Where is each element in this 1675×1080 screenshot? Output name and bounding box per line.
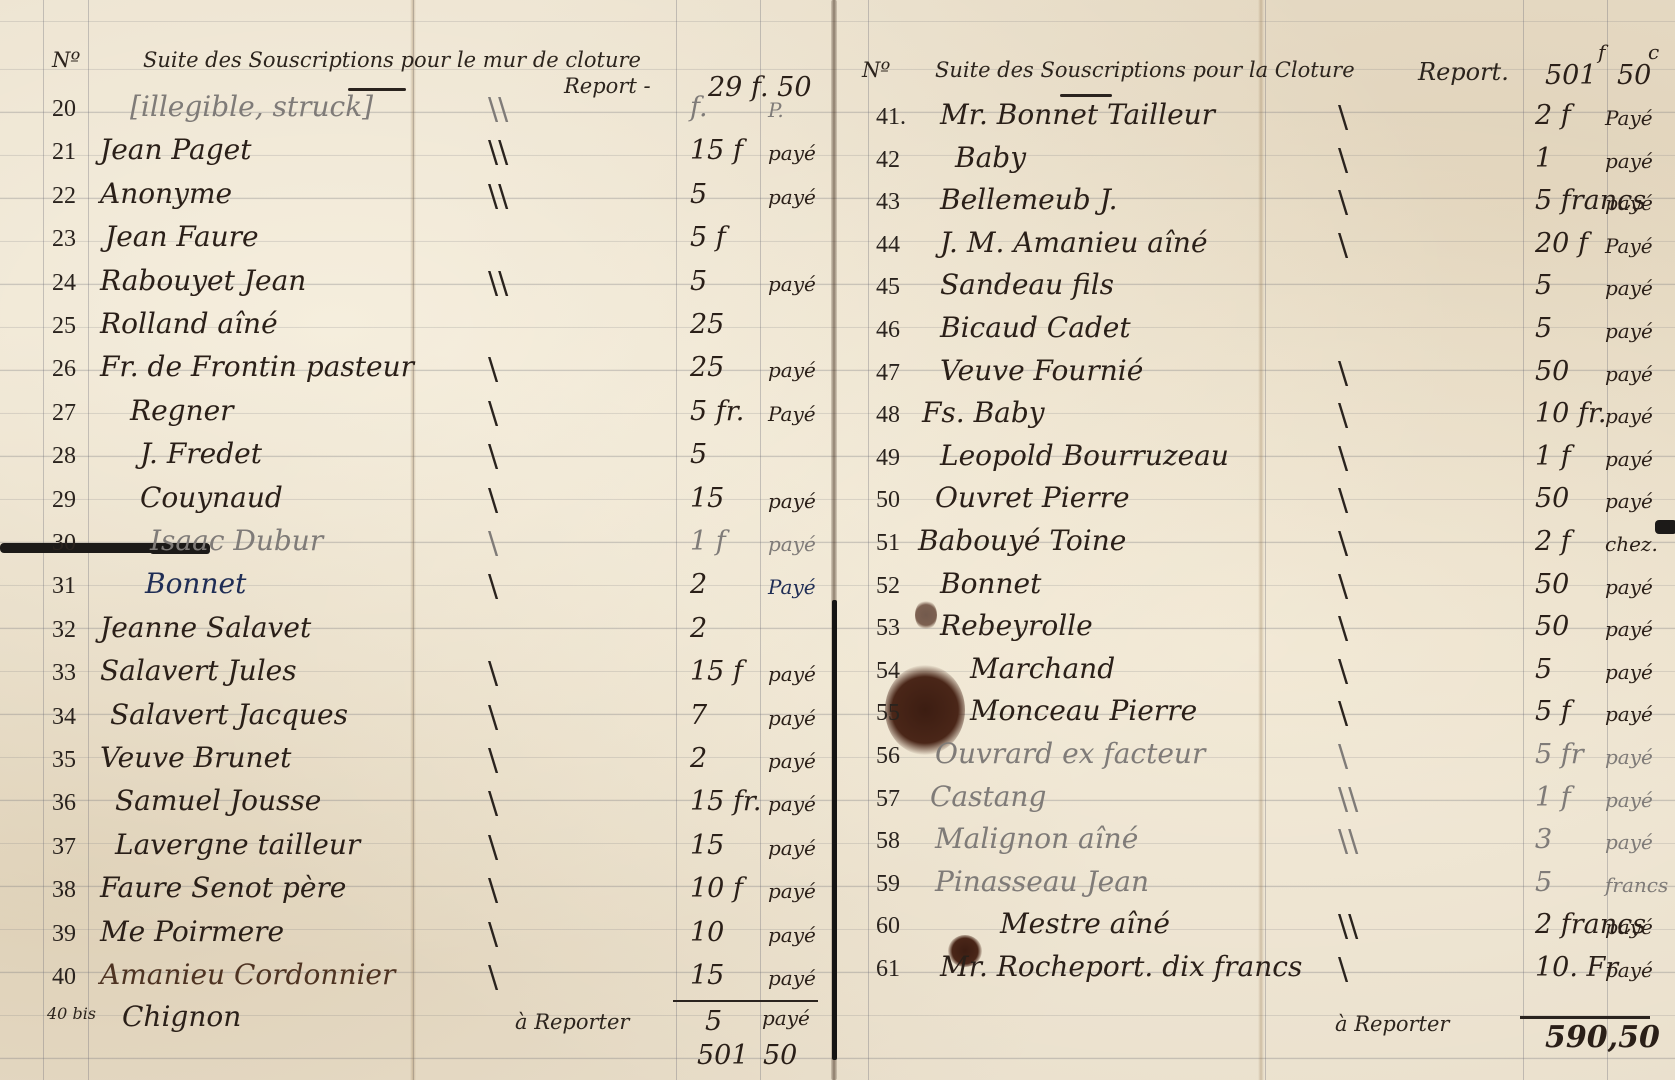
check-mark: \ [1338,739,1348,774]
entry-amount: 3 [1535,824,1552,855]
entry-status: Payé [1605,234,1653,258]
entry-amount: 50 [1535,611,1569,642]
entry-amount: 5 [1535,313,1552,344]
carry-forward-label: Report. [1418,58,1509,86]
number-column-line [88,0,89,1080]
check-mark: \\ [1338,824,1358,859]
check-mark: \ [1338,952,1348,987]
entry-name: Bellemeub J. [940,183,1118,216]
footer-cents: 50 [763,1040,797,1071]
entry-status: payé [1605,404,1653,428]
entry-amount: 10 [690,917,724,948]
entry-name: Amanieu Cordonnier [100,958,395,991]
entry-number: 32 [52,617,76,644]
entry-name: Ouvret Pierre [935,481,1130,514]
entry-number: 43 [876,189,900,216]
entry-number: 35 [52,747,76,774]
entry-name: Sandeau fils [940,268,1114,301]
entry-amount: 1 [1535,143,1552,174]
entry-status: payé [1605,362,1653,386]
entry-status: payé [1605,745,1653,769]
entry-status: payé [768,792,816,816]
entry-number: 20 [52,96,76,123]
entry-status: payé [768,662,816,686]
entry-number: 53 [876,615,900,642]
entry-amount: 5 f [690,222,726,253]
check-mark: \ [488,786,498,821]
entry-name: Isaac Dubur [150,524,323,557]
footer-label: à Reporter [1335,1012,1449,1036]
entry-amount: 10 fr. [1535,398,1606,429]
entry-status: payé [1605,447,1653,471]
entry-number: 51 [876,530,900,557]
entry-name: Rabouyet Jean [100,264,306,297]
entry-name: Me Poirmere [100,915,284,948]
entry-status: Payé [768,575,816,599]
total-rule [673,1000,818,1002]
entry-name: Monceau Pierre [970,694,1197,727]
check-mark: \ [1338,185,1348,220]
entry-number: 26 [52,356,76,383]
entry-number: 38 [52,877,76,904]
entry-status: Payé [768,402,816,426]
entry-number: 50 [876,487,900,514]
check-mark: \\ [488,266,508,301]
entry-name: Salavert Jules [100,654,297,687]
entry-number: 25 [52,313,76,340]
entry-status: payé [1605,149,1653,173]
entry-number: 57 [876,786,900,813]
entry-amount: 20 f [1535,228,1588,259]
entry-status: payé [762,1006,810,1030]
entry-name: Lavergne tailleur [115,828,360,861]
entry-number: 22 [52,183,76,210]
entry-number: 46 [876,317,900,344]
entry-name: Marchand [970,652,1115,685]
entry-name: Rebeyrolle [940,609,1093,642]
entry-amount: 5 [1535,867,1552,898]
carry-forward-cents: 50 [1617,60,1651,91]
entry-amount: 15 f [690,135,743,166]
entry-number: 42 [876,147,900,174]
entry-number: 60 [876,913,900,940]
check-mark: \ [1338,611,1348,646]
entry-name: J. M. Amanieu aîné [940,226,1208,259]
paper-fold [1258,0,1264,1080]
entry-number: 28 [52,443,76,470]
entry-name: Bonnet [145,567,246,600]
entry-name: Chignon [122,1000,241,1033]
entry-amount: 50 [1535,483,1569,514]
entry-name: Jean Paget [100,133,251,166]
entry-number: 24 [52,270,76,297]
entry-number: 27 [52,400,76,427]
footer-total: 590,50 [1545,1020,1660,1055]
entry-amount: 1 f [690,526,726,557]
title-underline [1060,94,1112,97]
entry-name: Jeanne Salavet [100,611,311,644]
entry-name: Faure Senot père [100,871,346,904]
column-line [1265,0,1266,1080]
entry-number: 29 [52,487,76,514]
check-mark: \\ [488,92,508,127]
entry-name: Babouyé Toine [918,524,1126,557]
check-mark: \ [488,830,498,865]
entry-name: Rolland aîné [100,307,278,340]
check-mark: \ [1338,526,1348,561]
entry-amount: 7 [690,700,707,731]
entry-number: 54 [876,658,900,685]
entry-amount: 5 f [1535,696,1571,727]
entry-status: payé [1605,830,1653,854]
entry-name: Veuve Brunet [100,741,291,774]
entry-status: payé [1605,702,1653,726]
entry-amount: 5 fr [1535,739,1584,770]
entry-status: payé [1605,660,1653,684]
check-mark: \ [488,917,498,952]
entry-amount: 2 f [1535,526,1571,557]
entry-number: 40 [52,964,76,991]
entry-status: payé [1605,489,1653,513]
check-mark: \ [1338,696,1348,731]
entry-number: 30 [52,530,76,557]
entry-name: Bonnet [940,567,1041,600]
entry-name: Samuel Jousse [115,784,321,817]
entry-name: Fs. Baby [922,396,1045,429]
entry-amount: 2 [690,743,707,774]
check-mark: \ [1338,356,1348,391]
entry-name: Salavert Jacques [110,698,348,731]
entry-number: 55 [876,700,900,727]
entry-amount: 15 fr. [690,786,761,817]
entry-status: payé [768,966,816,990]
entry-number: 34 [52,704,76,731]
entry-status: payé [1605,319,1653,343]
check-mark: \ [488,396,498,431]
entry-status: payé [1605,788,1653,812]
carry-forward-amount: 501 [1545,60,1597,91]
footer-total: 501 [697,1040,749,1071]
entry-status: payé [768,185,816,209]
entry-status: payé [768,272,816,296]
check-mark: \\ [1338,909,1358,944]
ink-blot [915,600,937,630]
check-mark: \ [488,873,498,908]
entry-status: payé [1605,276,1653,300]
entry-name: [illegible, struck] [130,90,373,123]
entry-status: payé [768,532,816,556]
entry-number: 45 [876,274,900,301]
entry-status: payé [768,749,816,773]
entry-amount: 2 [690,569,707,600]
entry-number: 36 [52,790,76,817]
entry-name: Mr. Rocheport. dix francs [940,950,1302,983]
centime-unit-label: c [1648,40,1659,64]
check-mark: \ [1338,143,1348,178]
check-mark: \ [488,656,498,691]
entry-name: Castang [930,780,1046,813]
check-mark: \ [1338,228,1348,263]
entry-number: 58 [876,828,900,855]
entry-number: 56 [876,743,900,770]
check-mark: \ [1338,483,1348,518]
entry-name: Mestre aîné [1000,907,1170,940]
entry-amount: 2 f [1535,100,1571,131]
entry-number: 37 [52,834,76,861]
carry-forward-label: Report - [564,74,651,98]
entry-name: Jean Faure [105,220,259,253]
entry-name: J. Fredet [140,437,262,470]
check-mark: \ [488,439,498,474]
entry-number: 21 [52,139,76,166]
check-mark: \ [1338,441,1348,476]
entry-number: 47 [876,360,900,387]
check-mark: \ [1338,100,1348,135]
check-mark: \\ [1338,782,1358,817]
entry-amount: 1 f [1535,441,1571,472]
entry-amount: 5 [690,439,707,470]
check-mark: \ [488,526,498,561]
entry-amount: 25 [690,352,724,383]
entry-name: Ouvrard ex facteur [935,737,1205,770]
entry-number: 39 [52,921,76,948]
check-mark: \ [488,483,498,518]
entry-number: 52 [876,573,900,600]
footer-label: à Reporter [515,1010,629,1034]
entry-status: payé [768,879,816,903]
ledger-sheet: Nº Suite des Souscriptions pour le mur d… [0,0,1675,1080]
number-column-line [868,0,869,1080]
entry-amount: 50 [1535,356,1569,387]
entry-amount: f. [690,92,708,123]
entry-name: Regner [130,394,234,427]
margin-line [43,0,44,1080]
entry-name: Bicaud Cadet [940,311,1131,344]
entry-status: payé [768,836,816,860]
check-mark: \ [488,700,498,735]
entry-status: payé [1605,191,1653,215]
entry-amount: 15 [690,830,724,861]
entry-status: payé [768,706,816,730]
entry-amount: 15 f [690,656,743,687]
check-mark: \ [1338,398,1348,433]
entry-status: payé [768,358,816,382]
entry-status: francs [1605,873,1668,897]
entry-amount: 5 [705,1006,722,1037]
total-rule [1520,1016,1650,1019]
entry-number: 61 [876,956,900,983]
entry-name: Anonyme [100,177,232,210]
cents-column-line [760,0,761,1080]
center-fold-damage [832,600,837,1060]
entry-status: payé [1605,617,1653,641]
entry-name: Fr. de Frontin pasteur [100,350,414,383]
entry-number: 23 [52,226,76,253]
entry-amount: 50 [1535,569,1569,600]
entry-name: Pinasseau Jean [935,865,1149,898]
entry-amount: 25 [690,309,724,340]
carry-forward-amount: 29 f. 50 [708,72,812,103]
entry-amount: 5 fr. [690,396,744,427]
entry-name: Malignon aîné [935,822,1138,855]
entry-status: Payé [1605,106,1653,130]
entry-status: chez. [1605,532,1658,556]
check-mark: \ [1338,569,1348,604]
entry-status: P. [768,98,784,122]
entry-amount: 10 f [690,873,743,904]
entry-amount: 15 [690,960,724,991]
entry-number: 49 [876,445,900,472]
check-mark: \ [1338,654,1348,689]
entry-number: 41. [876,104,906,131]
entry-name: Couynaud [140,481,283,514]
check-mark: \ [488,352,498,387]
entry-status: payé [768,141,816,165]
entry-status: payé [1605,575,1653,599]
paper-fold [410,0,416,1080]
entry-number: 59 [876,871,900,898]
tear-damage [1655,520,1675,534]
entry-status: payé [1605,915,1653,939]
entry-amount: 2 [690,613,707,644]
amount-column-line [676,0,677,1080]
entry-number: 33 [52,660,76,687]
entry-number: 40 bis [47,1004,96,1023]
check-mark: \ [488,960,498,995]
entry-number: 44 [876,232,900,259]
amount-column-line [1523,0,1524,1080]
page-title: Suite des Souscriptions pour la Cloture [935,58,1355,82]
entry-amount: 5 [1535,654,1552,685]
entry-amount: 5 [690,179,707,210]
entry-status: payé [768,923,816,947]
entry-number: 31 [52,573,76,600]
entry-name: Baby [955,141,1026,174]
check-mark: \\ [488,135,508,170]
entry-number: 48 [876,402,900,429]
entry-amount: 5 [690,266,707,297]
entry-name: Veuve Fournié [940,354,1143,387]
page-title: Suite des Souscriptions pour le mur de c… [143,48,641,72]
franc-unit-label: f [1598,40,1605,64]
entry-amount: 15 [690,483,724,514]
check-mark: \ [488,743,498,778]
entry-amount: 1 f [1535,782,1571,813]
entry-name: Leopold Bourruzeau [940,439,1229,472]
check-mark: \ [488,569,498,604]
entry-amount: 5 [1535,270,1552,301]
entry-name: Mr. Bonnet Tailleur [940,98,1215,131]
check-mark: \\ [488,179,508,214]
number-column-header: Nº [52,48,80,72]
number-column-header: Nº [862,58,890,82]
entry-status: payé [1605,958,1653,982]
entry-status: payé [768,489,816,513]
